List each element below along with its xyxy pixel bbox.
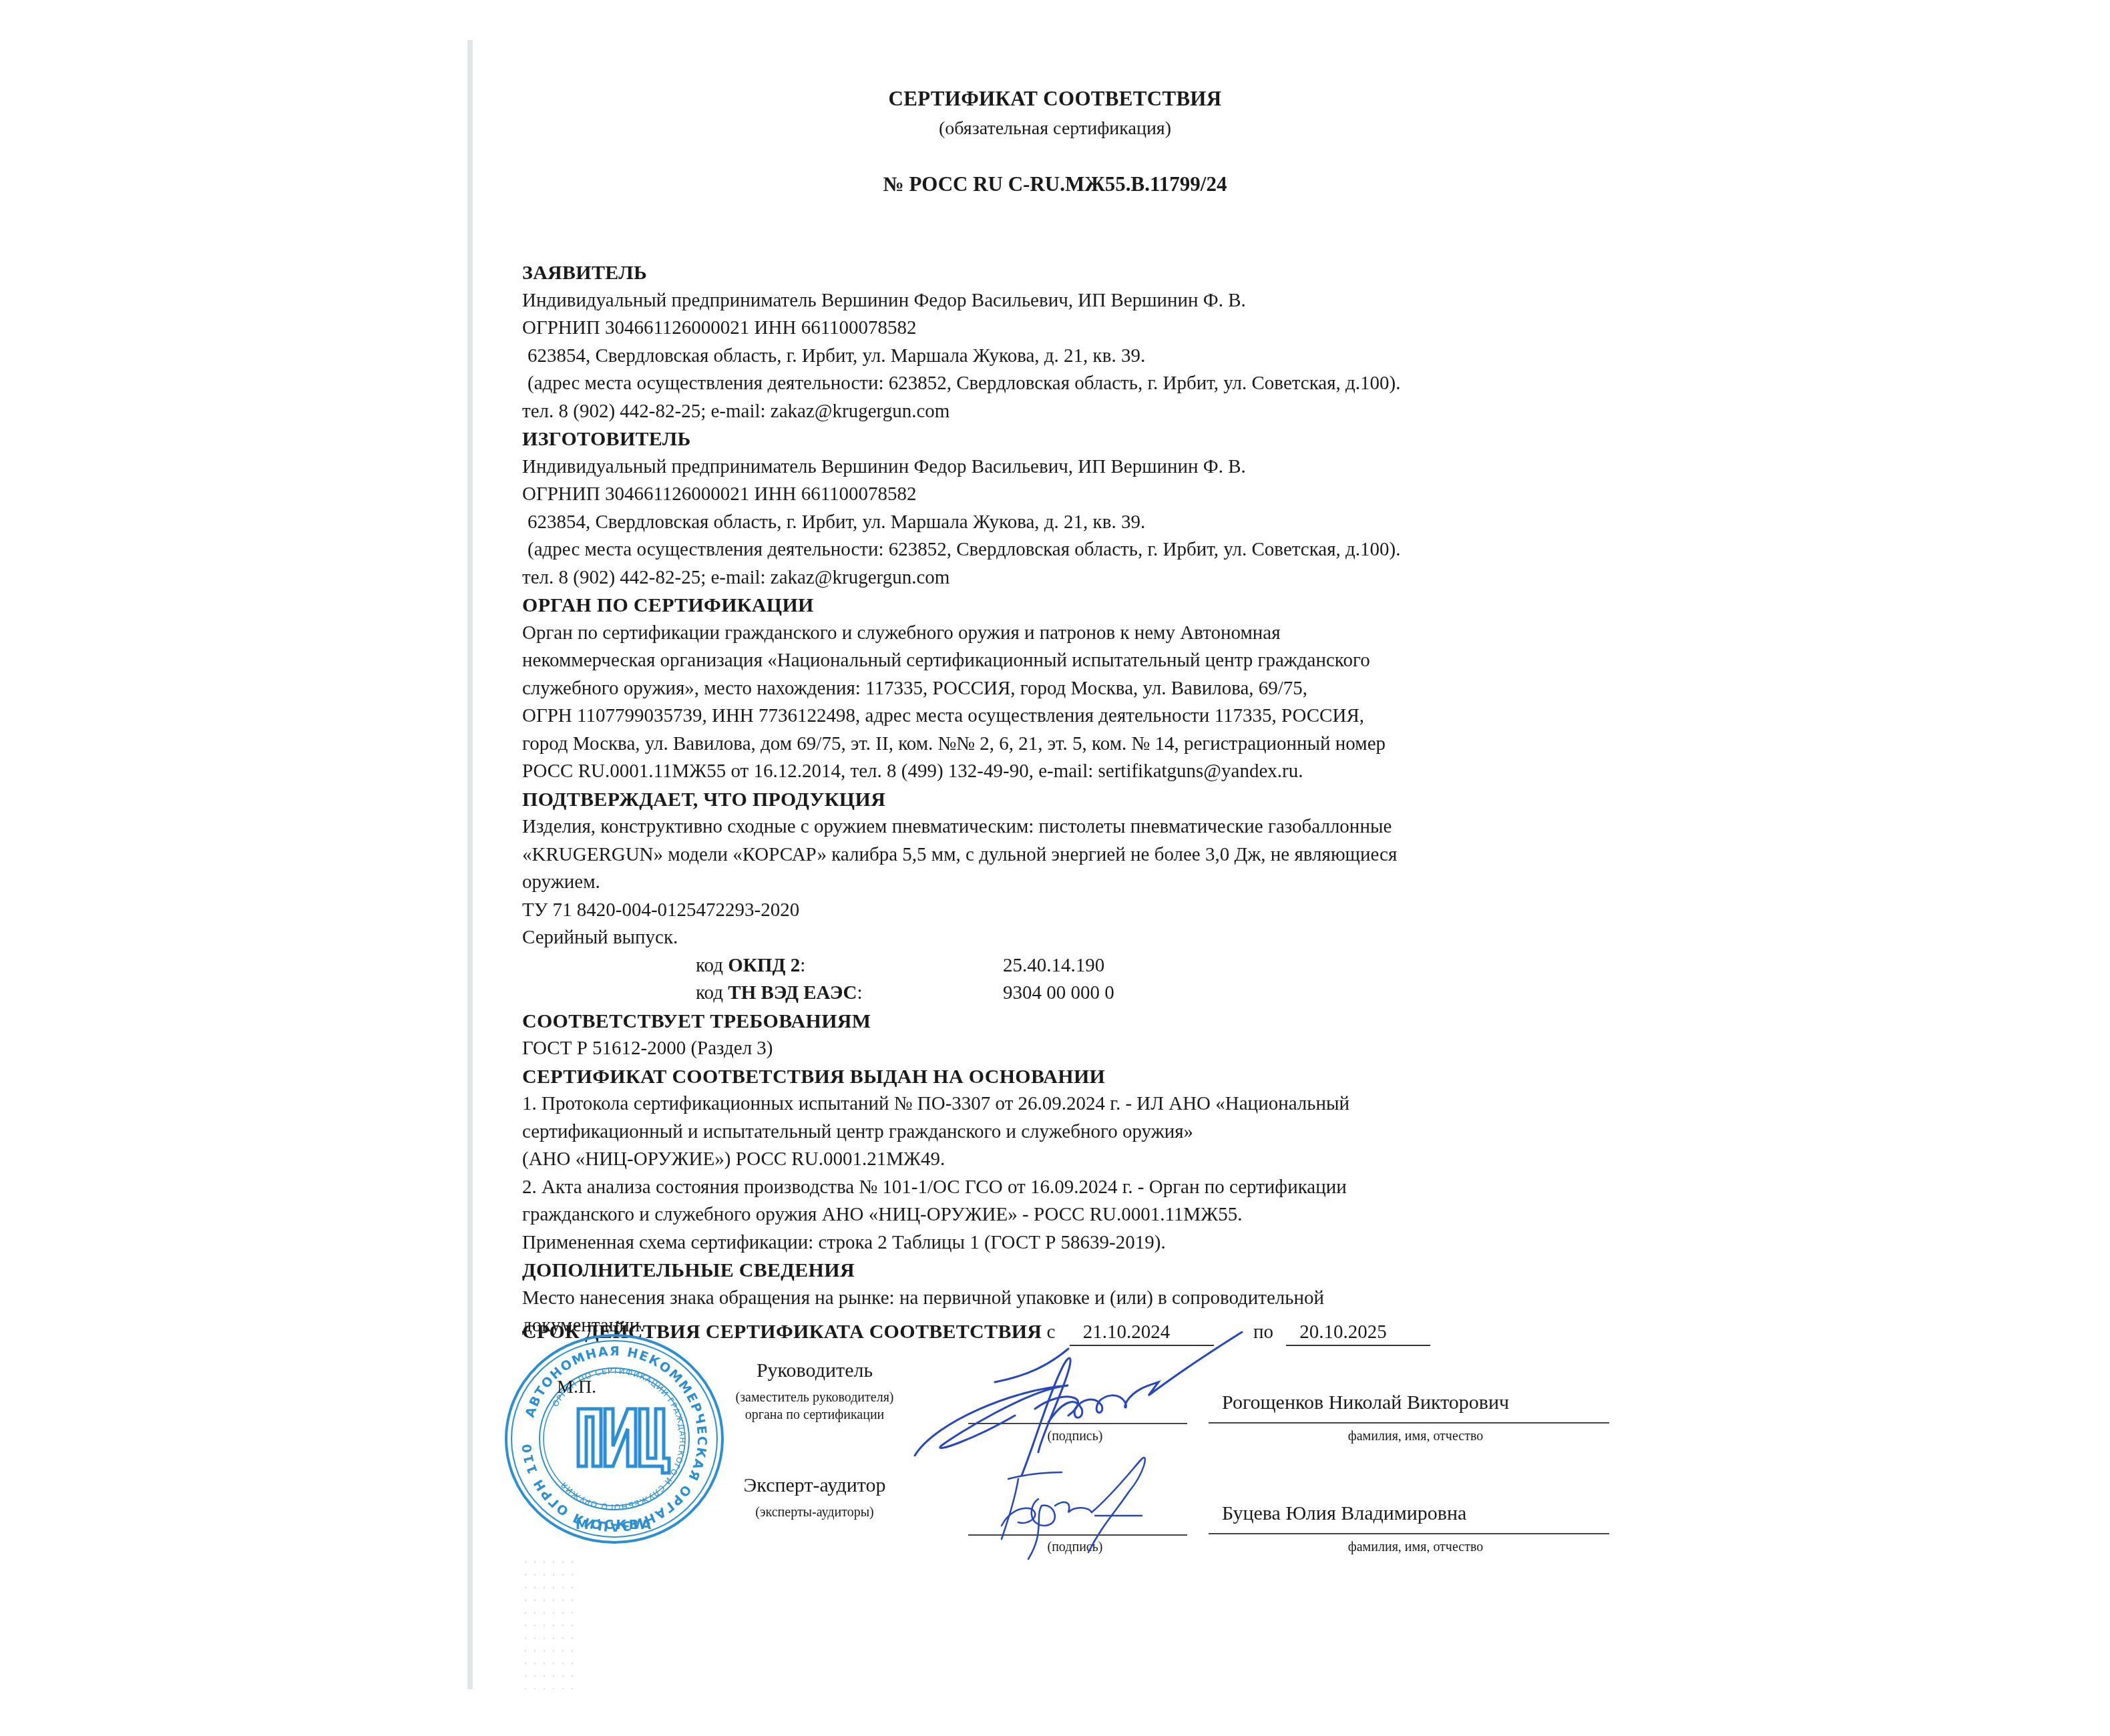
expert-name-caption: фамилия, имя, отчество — [1329, 1540, 1502, 1555]
seal-label: М.П. — [557, 1377, 596, 1398]
scan-noise — [521, 1556, 581, 1689]
code-label-tnved: код ТН ВЭД ЕАЭС: — [696, 980, 1003, 1008]
text-line: сертификационный и испытательный центр г… — [522, 1118, 1617, 1146]
text-line: 623854, Свердловская область, г. Ирбит, … — [522, 343, 1617, 371]
head-role-org: органа по сертификации — [714, 1406, 915, 1424]
head-name-line — [1209, 1422, 1609, 1424]
text-line: 623854, Свердловская область, г. Ирбит, … — [522, 509, 1617, 537]
text-line: некоммерческая организация «Национальный… — [522, 647, 1617, 675]
text-line: служебного оружия», место нахождения: 11… — [522, 675, 1617, 703]
text-line: Примененная схема сертификации: строка 2… — [522, 1229, 1617, 1257]
text-line: 1. Протокола сертификационных испытаний … — [522, 1090, 1617, 1118]
text-line: ГОСТ Р 51612-2000 (Раздел 3) — [522, 1035, 1617, 1063]
text-line: Индивидуальный предприниматель Вершинин … — [522, 287, 1617, 315]
text-line: тел. 8 (902) 442-82-25; e-mail: zakaz@kr… — [522, 398, 1617, 426]
text-line: РОСС RU.0001.11МЖ55 от 16.12.2014, тел. … — [522, 758, 1617, 786]
expert-signature-icon — [982, 1452, 1169, 1566]
code-suffix: : — [800, 955, 805, 976]
text-line: Место нанесения знака обращения на рынке… — [522, 1285, 1617, 1313]
text-line: ОГРН 1107799035739, ИНН 7736122498, адре… — [522, 702, 1617, 730]
basis-section: СЕРТИФИКАТ СООТВЕТСТВИЯ ВЫДАН НА ОСНОВАН… — [522, 1063, 1617, 1257]
expert-name-line — [1209, 1533, 1609, 1534]
text-line: тел. 8 (902) 442-82-25; e-mail: zakaz@kr… — [522, 564, 1617, 592]
text-line: город Москва, ул. Вавилова, дом 69/75, э… — [522, 730, 1617, 758]
text-line: (адрес места осуществления деятельности:… — [522, 536, 1617, 564]
section-heading: ПОДТВЕРЖДАЕТ, ЧТО ПРОДУКЦИЯ — [522, 786, 1617, 814]
expert-role-sub: (эксперты-аудиторы) — [714, 1504, 915, 1521]
manufacturer-section: ИЗГОТОВИТЕЛЬ Индивидуальный предпринимат… — [522, 425, 1617, 592]
text-line: Индивидуальный предприниматель Вершинин … — [522, 453, 1617, 481]
code-prefix: код — [696, 982, 723, 1004]
section-heading: ИЗГОТОВИТЕЛЬ — [522, 425, 1617, 453]
text-line: «KRUGERGUN» модели «КОРСАР» калибра 5,5 … — [522, 841, 1617, 869]
code-name: ОКПД 2 — [728, 955, 800, 976]
certificate-body: ЗАЯВИТЕЛЬ Индивидуальный предприниматель… — [522, 259, 1617, 1340]
text-line: оружием. — [522, 869, 1617, 897]
code-name: ТН ВЭД ЕАЭС — [728, 982, 857, 1004]
section-heading: ДОПОЛНИТЕЛЬНЫЕ СВЕДЕНИЯ — [522, 1257, 1617, 1285]
text-line: ОГРНИП 304661126000021 ИНН 661100078582 — [522, 481, 1617, 509]
certification-body-section: ОРГАН ПО СЕРТИФИКАЦИИ Орган по сертифика… — [522, 592, 1617, 786]
head-role: Руководитель — [721, 1359, 908, 1382]
text-line: гражданского и служебного оружия АНО «НИ… — [522, 1201, 1617, 1229]
page-edge — [467, 40, 473, 1689]
code-value-okpd: 25.40.14.190 — [1003, 952, 1617, 980]
head-role-sub: (заместитель руководителя) — [714, 1389, 915, 1406]
expert-full-name: Буцева Юлия Владимировна — [1222, 1502, 1466, 1525]
text-line: Орган по сертификации гражданского и слу… — [522, 620, 1617, 648]
text-line: ТУ 71 8420-004-0125472293-2020 — [522, 897, 1617, 925]
section-heading: СЕРТИФИКАТ СООТВЕТСТВИЯ ВЫДАН НА ОСНОВАН… — [522, 1063, 1617, 1091]
code-prefix: код — [696, 955, 723, 976]
code-suffix: : — [857, 982, 862, 1004]
expert-role: Эксперт-аудитор — [721, 1474, 908, 1497]
validity-to-date: 20.10.2025 — [1286, 1321, 1430, 1346]
certificate-number: № РОСС RU C-RU.МЖ55.В.11799/24 — [0, 172, 2110, 196]
text-line: 2. Акта анализа состояния производства №… — [522, 1174, 1617, 1202]
applicant-section: ЗАЯВИТЕЛЬ Индивидуальный предприниматель… — [522, 259, 1617, 425]
code-label-okpd: код ОКПД 2: — [696, 952, 1003, 980]
text-line: (адрес места осуществления деятельности:… — [522, 370, 1617, 398]
document-title: СЕРТИФИКАТ СООТВЕТСТВИЯ — [0, 87, 2110, 111]
text-line: Серийный выпуск. — [522, 924, 1617, 952]
text-line: Изделия, конструктивно сходные с оружием… — [522, 813, 1617, 841]
document-subtitle: (обязательная сертификация) — [0, 118, 2110, 140]
product-codes: код ОКПД 2: 25.40.14.190 код ТН ВЭД ЕАЭС… — [522, 952, 1617, 1008]
product-section: ПОДТВЕРЖДАЕТ, ЧТО ПРОДУКЦИЯ Изделия, кон… — [522, 786, 1617, 1008]
head-name-caption: фамилия, имя, отчество — [1329, 1429, 1502, 1444]
requirements-section: СООТВЕТСТВУЕТ ТРЕБОВАНИЯМ ГОСТ Р 51612-2… — [522, 1008, 1617, 1063]
text-line: (АНО «НИЦ-ОРУЖИЕ») РОСС RU.0001.21МЖ49. — [522, 1146, 1617, 1174]
text-line: ОГРНИП 304661126000021 ИНН 661100078582 — [522, 314, 1617, 343]
section-heading: СООТВЕТСТВУЕТ ТРЕБОВАНИЯМ — [522, 1008, 1617, 1036]
svg-text:МОСКВА: МОСКВА — [576, 1516, 654, 1532]
section-heading: ОРГАН ПО СЕРТИФИКАЦИИ — [522, 592, 1617, 620]
section-heading: ЗАЯВИТЕЛЬ — [522, 259, 1617, 287]
code-value-tnved: 9304 00 000 0 — [1003, 980, 1617, 1008]
seal-stamp-icon: АВТОНОМНАЯ НЕКОММЕРЧЕСКАЯ ОРГАНИЗАЦИЯ ОГ… — [499, 1329, 730, 1549]
